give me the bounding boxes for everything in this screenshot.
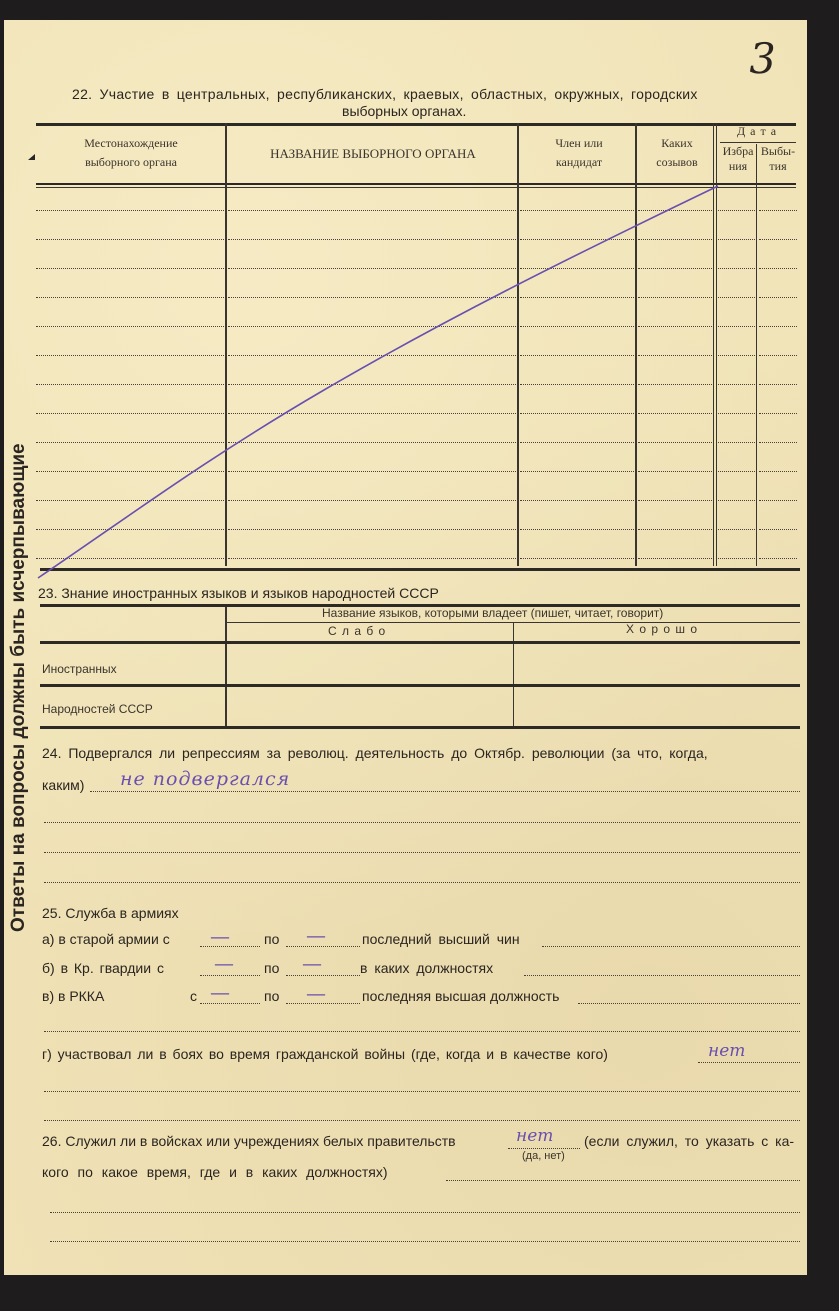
section25-b-label: б) в Кр. гвардии с — [42, 960, 164, 976]
section24-answer-line — [90, 791, 800, 792]
section24-text: 24. Подвергался ли репрессиям за революц… — [42, 745, 708, 761]
section26-line-2 — [50, 1212, 800, 1213]
section26-text-b: (если служил, то указать с ка- — [584, 1133, 794, 1149]
t23-col-weak: С л а б о — [328, 624, 386, 638]
t23-col-divider-1 — [225, 607, 227, 727]
section25-g-answer-line — [698, 1062, 800, 1063]
section25-v-line-2 — [44, 1031, 800, 1032]
t23-cell-foreign-good[interactable] — [515, 644, 799, 684]
section23-title: 23. Знание иностранных языков и языков н… — [38, 585, 439, 601]
t23-cell-ussr-good[interactable] — [515, 687, 799, 725]
section26-hint: (да, нет) — [522, 1150, 565, 1162]
section25-b-tail: в каких должностях — [360, 960, 493, 976]
section25-a-from[interactable]: — — [210, 924, 230, 948]
section26-line-3 — [50, 1241, 800, 1242]
section25-v-tail: последняя высшая должность — [362, 988, 559, 1004]
t23-cell-ussr-weak[interactable] — [228, 687, 512, 725]
crossout-line — [4, 20, 807, 620]
section24-line-3 — [44, 852, 800, 853]
section25-b-from[interactable]: — — [214, 951, 234, 975]
section25-a-from-line — [200, 946, 260, 947]
section24-label: каким) — [42, 777, 84, 793]
section25-g-line-3 — [44, 1120, 800, 1121]
section26-answer[interactable]: нет — [516, 1126, 553, 1146]
section25-g-answer[interactable]: нет — [708, 1041, 745, 1061]
section26-answer-line — [508, 1148, 580, 1149]
section25-v-value-line — [578, 1003, 800, 1004]
t23-row-foreign: Иностранных — [42, 662, 117, 676]
section25-b-value-line — [524, 975, 800, 976]
section24-line-4 — [44, 882, 800, 883]
section25-v-to[interactable]: — — [306, 981, 326, 1005]
t23-col-divider-2 — [513, 623, 514, 727]
section24-line-2 — [44, 822, 800, 823]
section25-a-tail: последний высший чин — [362, 931, 520, 947]
form-page: 3 Ответы на вопросы должны быть исчерпыв… — [4, 20, 807, 1275]
section25-b-from-line — [200, 975, 260, 976]
section25-v-po: по — [264, 988, 279, 1004]
section25-a-po: по — [264, 931, 279, 947]
t23-col-good: Х о р о ш о — [626, 622, 698, 636]
t23-header: Название языков, которыми владеет (пишет… — [322, 606, 663, 620]
section26-text-a: 26. Служил ли в войсках или учреждениях … — [42, 1133, 456, 1149]
section25-v-from-line — [200, 1003, 260, 1004]
section25-b-to[interactable]: — — [302, 951, 322, 975]
section25-a-to[interactable]: — — [306, 923, 326, 947]
t23-bottom-rule — [40, 726, 800, 729]
section25-a-label: а) в старой армии с — [42, 931, 170, 947]
section25-title: 25. Служба в армиях — [42, 905, 179, 921]
section25-a-value-line — [542, 946, 800, 947]
section26-line-1 — [446, 1180, 800, 1181]
section25-v-label: в) в РККА — [42, 988, 104, 1004]
section25-g-line-2 — [44, 1091, 800, 1092]
section25-b-po: по — [264, 960, 279, 976]
section25-g-label: г) участвовал ли в боях во время граждан… — [42, 1046, 608, 1062]
section26-text-line2: кого по какое время, где и в каких должн… — [42, 1164, 388, 1180]
section25-v-s: с — [190, 988, 197, 1004]
t23-row-ussr: Народностей СССР — [42, 702, 153, 716]
section25-b-to-line — [286, 975, 360, 976]
section24-answer[interactable]: не подвергался — [120, 768, 290, 790]
t23-cell-foreign-weak[interactable] — [228, 644, 512, 684]
section25-v-from[interactable]: — — [210, 980, 230, 1004]
